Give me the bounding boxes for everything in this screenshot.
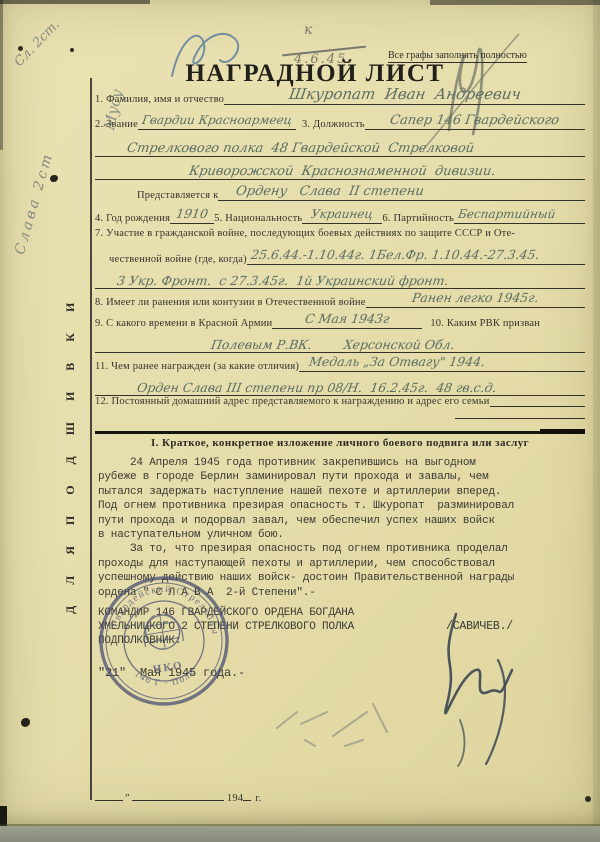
field-war-participation-row: чественной войне (где, когда) 25.6.44.-1…: [95, 246, 585, 265]
field-party-label: 6. Партийность: [382, 213, 454, 224]
field-war-row2: 3 Укр. Фронт. с 27.3.45г. 1й Украинский …: [95, 268, 585, 289]
pencil-mark-k: к: [304, 22, 312, 38]
commander-ink-signature: [398, 600, 530, 772]
field-presented-value-line: Ордену Слава II степени: [218, 182, 585, 201]
field-party-line: Беспартийный: [454, 205, 585, 224]
field-address-line2: [455, 404, 585, 419]
field-rvk-label: 10. Каким РВК призван: [430, 318, 540, 329]
field-rank-value: Гвардии Красноармеец: [137, 114, 297, 127]
field-rvk-row: Полевым Р.ВК. Херсонской Обл.: [95, 332, 585, 353]
field-position-value-line: Сапер 146 Гвардейского: [365, 111, 585, 130]
field-rank-label: 2. Звание: [95, 119, 138, 130]
scanned-award-sheet: { "page": { "title": "НАГРАДНОЙ ЛИСТ", "…: [0, 0, 600, 842]
field-position-row3: Криворожской Краснознаменной дивизии.: [95, 158, 585, 180]
field-war-label-1: 7. Участие в гражданской войне, последую…: [95, 228, 515, 239]
side-label-filing: Д Л Я П О Д Ш И В К И: [63, 294, 78, 614]
field-rank-value-line: Гвардии Красноармеец: [138, 111, 296, 130]
unit-round-stamp: Гвардейский Стрелковый 146 Г ∙ Полк НКО: [83, 560, 245, 722]
field-awards-value-2: Орден Слава III степени пр 08/Н. 16.2.45…: [132, 382, 502, 396]
footer-year-prefix: 194: [227, 793, 243, 804]
field-war-label-2: чественной войне (где, когда): [109, 254, 247, 265]
field-war-value-2: 3 Укр. Фронт. с 27.3.45г. 1й Украинский …: [112, 275, 453, 289]
margin-rule: [90, 78, 92, 800]
field-service-label: 9. С какого времени в Красной Армии: [95, 318, 272, 329]
footer-line-2: [132, 788, 224, 801]
field-service-line: С Мая 1943г: [272, 310, 422, 329]
field-birthyear-value: 1910: [171, 208, 213, 222]
field-wounds-label: 8. Имеет ли ранения или контузии в Отече…: [95, 297, 366, 308]
field-war-value-1: 25.6.44.-1.10.44г. 1Бел.Фр. 1.10.44.-27.…: [246, 249, 544, 263]
field-birthyear-label: 4. Год рождения: [95, 213, 170, 224]
scanner-background: [0, 826, 600, 842]
section-divider: [95, 431, 585, 434]
footer-line-3: [243, 788, 251, 801]
field-party-value: Беспартийный: [453, 208, 561, 221]
field-presented-value: Ордену Слава II степени: [231, 185, 429, 199]
field-awards-row: 11. Чем ранее награжден (за какие отличи…: [95, 353, 585, 372]
field-position-value: Сапер 146 Гвардейского: [385, 114, 564, 128]
field-awards-row2: Орден Слава III степени пр 08/Н. 16.2.45…: [95, 375, 585, 396]
field-awards-label: 11. Чем ранее награжден (за какие отличи…: [95, 361, 299, 372]
field-nationality-value: Украинец: [306, 208, 378, 221]
field-birthyear-line: 1910: [170, 205, 214, 224]
field-birth-nation-party-row: 4. Год рождения 1910 5. Национальность У…: [95, 205, 585, 224]
field-wounds-line: Ранен легко 1945г.: [366, 289, 585, 308]
ink-speck: [585, 796, 591, 802]
field-war-value-line: 25.6.44.-1.10.44г. 1Бел.Фр. 1.10.44.-27.…: [247, 246, 585, 265]
stamp-center-text: НКО: [152, 659, 184, 676]
field-presented-label: Представляется к: [137, 190, 218, 201]
field-wounds-row: 8. Имеет ли ранения или контузии в Отече…: [95, 289, 585, 308]
field-rvk-value: Полевым Р.ВК. Херсонской Обл.: [206, 339, 460, 353]
field-position-label: 3. Должность: [302, 119, 365, 130]
pencil-scribbles: [265, 680, 415, 760]
field-nationality-label: 5. Национальность: [214, 213, 302, 224]
field-position-value3: Криворожской Краснознаменной дивизии.: [184, 165, 501, 179]
field-address-label: 12. Постоянный домашний адрес представля…: [95, 396, 490, 407]
section-divider-thick: [540, 429, 585, 434]
field-awards-value-1: Медаль „За Отвагу" 1944.: [304, 356, 490, 370]
field-name-label: 1. Фамилия, имя и отчество: [95, 94, 224, 105]
field-service-value: С Мая 1943г: [300, 313, 394, 327]
field-rank-position-row: 2. Звание Гвардии Красноармеец 3. Должно…: [95, 111, 585, 130]
field-presented-row: Представляется к Ордену Слава II степени: [95, 182, 585, 201]
field-name-value-line: Шкуропат Иван Андреевич: [224, 86, 585, 105]
field-awards-line: Медаль „За Отвагу" 1944.: [299, 353, 585, 372]
field-war-participation-label-row: 7. Участие в гражданской войне, последую…: [95, 228, 585, 239]
field-position-row2: Стрелкового полка 48 Гвардейской Стрелко…: [95, 135, 585, 157]
field-position-value2: Стрелкового полка 48 Гвардейской Стрелко…: [122, 142, 479, 156]
footer-date-row: ” 194 г.: [95, 788, 295, 804]
field-nationality-line: Украинец: [302, 205, 382, 224]
field-name-value: Шкуропат Иван Андреевич: [283, 87, 525, 103]
field-name-row: 1. Фамилия, имя и отчество Шкуропат Иван…: [95, 86, 585, 105]
footer-line-1: [95, 788, 123, 801]
section1-heading: I. Краткое, конкретное изложение личного…: [95, 437, 585, 449]
footer-year-suffix: г.: [255, 793, 261, 804]
field-service-row: 9. С какого времени в Красной Армии С Ма…: [95, 310, 585, 329]
field-wounds-value: Ранен легко 1945г.: [407, 292, 544, 306]
ink-speck: [70, 48, 74, 52]
page-title: НАГРАДНОЙ ЛИСТ: [180, 60, 450, 88]
